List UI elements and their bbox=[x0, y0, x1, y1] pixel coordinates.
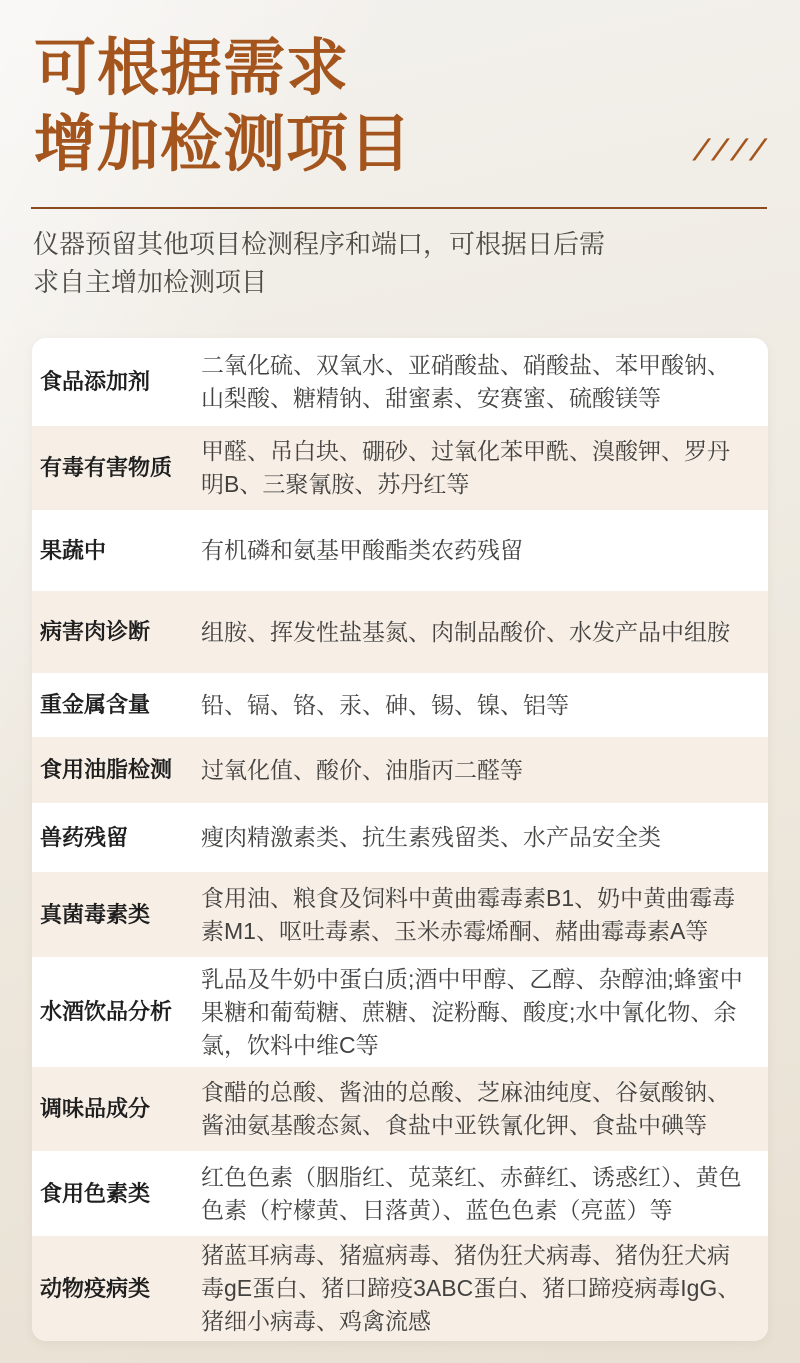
row-label: 动物疫病类 bbox=[40, 1274, 201, 1304]
detection-items-table: 食品添加剂 二氧化硫、双氧水、亚硝酸盐、硝酸盐、苯甲酸钠、山梨酸、糖精钠、甜蜜素… bbox=[32, 338, 768, 1341]
row-content: 食用油、粮食及饲料中黄曲霉毒素B1、奶中黄曲霉毒素M1、呕吐毒素、玉米赤霉烯酮、… bbox=[201, 882, 746, 948]
table-row: 调味品成分 食醋的总酸、酱油的总酸、芝麻油纯度、谷氨酸钠、酱油氨基酸态氮、食盐中… bbox=[32, 1067, 768, 1151]
table-row: 兽药残留 瘦肉精激素类、抗生素残留类、水产品安全类 bbox=[32, 803, 768, 872]
row-label: 食品添加剂 bbox=[40, 367, 201, 397]
row-content: 组胺、挥发性盐基氮、肉制品酸价、水发产品中组胺 bbox=[201, 616, 746, 649]
table-row: 动物疫病类 猪蓝耳病毒、猪瘟病毒、猪伪狂犬病毒、猪伪狂犬病毒gE蛋白、猪口蹄疫3… bbox=[32, 1236, 768, 1341]
row-label: 食用油脂检测 bbox=[40, 755, 201, 785]
row-content: 过氧化值、酸价、油脂丙二醛等 bbox=[201, 754, 746, 787]
header: 可根据需求 增加检测项目 //// bbox=[0, 0, 800, 182]
divider-line bbox=[31, 207, 767, 209]
intro-text: 仪器预留其他项目检测程序和端口，可根据日后需 求自主增加检测项目 bbox=[33, 225, 764, 301]
table-row: 食用油脂检测 过氧化值、酸价、油脂丙二醛等 bbox=[32, 737, 768, 803]
row-content: 猪蓝耳病毒、猪瘟病毒、猪伪狂犬病毒、猪伪狂犬病毒gE蛋白、猪口蹄疫3ABC蛋白、… bbox=[201, 1239, 746, 1338]
row-label: 真菌毒素类 bbox=[40, 900, 201, 930]
table-row: 食用色素类 红色色素（胭脂红、苋菜红、赤藓红、诱惑红）、黄色色素（柠檬黄、日落黄… bbox=[32, 1151, 768, 1236]
row-label: 病害肉诊断 bbox=[40, 617, 201, 647]
intro-line-2: 求自主增加检测项目 bbox=[33, 263, 764, 301]
slashes-icon: //// bbox=[693, 134, 775, 165]
row-content: 乳品及牛奶中蛋白质;酒中甲醇、乙醇、杂醇油;蜂蜜中果糖和葡萄糖、蔗糖、淀粉酶、酸… bbox=[201, 963, 746, 1062]
page-title: 可根据需求 增加检测项目 bbox=[34, 30, 800, 182]
table-row: 病害肉诊断 组胺、挥发性盐基氮、肉制品酸价、水发产品中组胺 bbox=[32, 591, 768, 673]
promo-page: 可根据需求 增加检测项目 //// 仪器预留其他项目检测程序和端口，可根据日后需… bbox=[0, 0, 800, 1363]
table-row: 重金属含量 铅、镉、铬、汞、砷、锡、镍、铝等 bbox=[32, 673, 768, 737]
table-row: 真菌毒素类 食用油、粮食及饲料中黄曲霉毒素B1、奶中黄曲霉毒素M1、呕吐毒素、玉… bbox=[32, 872, 768, 957]
row-label: 果蔬中 bbox=[40, 536, 201, 566]
table-row: 有毒有害物质 甲醛、吊白块、硼砂、过氧化苯甲酰、溴酸钾、罗丹明B、三聚氰胺、苏丹… bbox=[32, 426, 768, 510]
row-label: 调味品成分 bbox=[40, 1094, 201, 1124]
table-row: 食品添加剂 二氧化硫、双氧水、亚硝酸盐、硝酸盐、苯甲酸钠、山梨酸、糖精钠、甜蜜素… bbox=[32, 338, 768, 426]
intro-line-1: 仪器预留其他项目检测程序和端口，可根据日后需 bbox=[33, 225, 764, 263]
row-content: 红色色素（胭脂红、苋菜红、赤藓红、诱惑红）、黄色色素（柠檬黄、日落黄）、蓝色色素… bbox=[201, 1161, 746, 1227]
row-content: 二氧化硫、双氧水、亚硝酸盐、硝酸盐、苯甲酸钠、山梨酸、糖精钠、甜蜜素、安赛蜜、硫… bbox=[201, 349, 746, 415]
title-line-1: 可根据需求 bbox=[34, 30, 800, 106]
row-label: 水酒饮品分析 bbox=[40, 997, 201, 1027]
row-content: 瘦肉精激素类、抗生素残留类、水产品安全类 bbox=[201, 821, 746, 854]
row-content: 甲醛、吊白块、硼砂、过氧化苯甲酰、溴酸钾、罗丹明B、三聚氰胺、苏丹红等 bbox=[201, 435, 746, 501]
title-line-2: 增加检测项目 bbox=[34, 106, 800, 182]
table-row: 果蔬中 有机磷和氨基甲酸酯类农药残留 bbox=[32, 510, 768, 591]
row-label: 食用色素类 bbox=[40, 1179, 201, 1209]
table-row: 水酒饮品分析 乳品及牛奶中蛋白质;酒中甲醇、乙醇、杂醇油;蜂蜜中果糖和葡萄糖、蔗… bbox=[32, 957, 768, 1067]
row-content: 食醋的总酸、酱油的总酸、芝麻油纯度、谷氨酸钠、酱油氨基酸态氮、食盐中亚铁氰化钾、… bbox=[201, 1076, 746, 1142]
row-content: 有机磷和氨基甲酸酯类农药残留 bbox=[201, 534, 746, 567]
row-content: 铅、镉、铬、汞、砷、锡、镍、铝等 bbox=[201, 689, 746, 722]
row-label: 兽药残留 bbox=[40, 823, 201, 853]
row-label: 有毒有害物质 bbox=[40, 453, 201, 483]
row-label: 重金属含量 bbox=[40, 690, 201, 720]
